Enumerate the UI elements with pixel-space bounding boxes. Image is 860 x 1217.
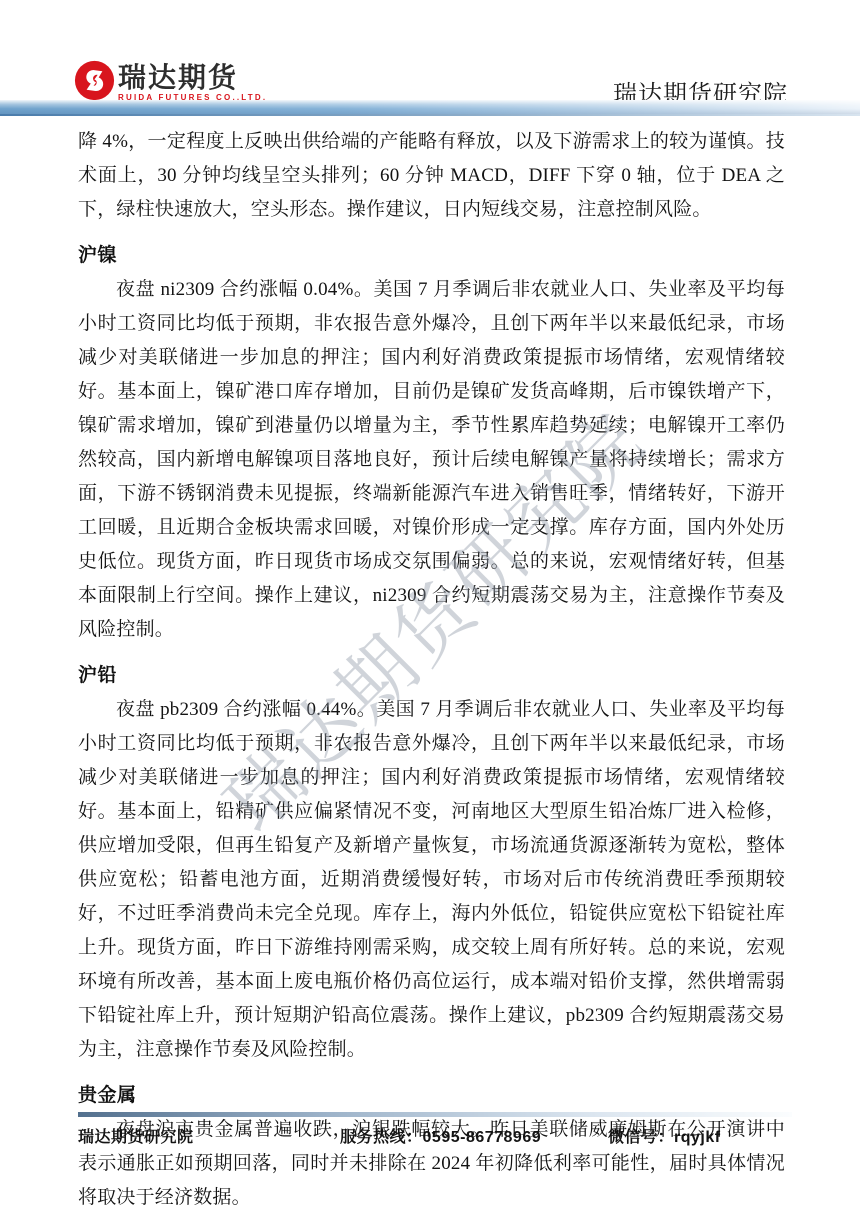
section-paragraph-nickel: 夜盘 ni2309 合约涨幅 0.04%。美国 7 月季调后非农就业人口、失业率… <box>78 273 785 647</box>
section-heading-precious-metals: 贵金属 <box>78 1079 785 1113</box>
company-logo: 瑞达期货 RUIDA FUTURES CO.,LTD. <box>74 60 267 102</box>
section-paragraph-precious-metals: 夜盘沪市贵金属普遍收跌，沪银跌幅较大。昨日美联储威廉姆斯在公开演讲中表示通胀正如… <box>78 1113 785 1215</box>
section-paragraph-lead: 夜盘 pb2309 合约涨幅 0.44%。美国 7 月季调后非农就业人口、失业率… <box>78 693 785 1067</box>
brand-text: 瑞达期货 RUIDA FUTURES CO.,LTD. <box>118 60 267 102</box>
section-heading-nickel: 沪镍 <box>78 239 785 273</box>
report-page: 瑞达期货 RUIDA FUTURES CO.,LTD. 瑞达期货研究院 瑞达期货… <box>0 0 860 1217</box>
header-divider-bar <box>0 100 860 116</box>
intro-paragraph: 降 4%，一定程度上反映出供给端的产能略有释放，以及下游需求上的较为谨慎。技术面… <box>78 125 785 227</box>
ruida-logo-icon <box>74 60 115 101</box>
section-heading-lead: 沪铅 <box>78 659 785 693</box>
brand-name-cn: 瑞达期货 <box>118 62 267 93</box>
report-body: 降 4%，一定程度上反映出供给端的产能略有释放，以及下游需求上的较为谨慎。技术面… <box>78 125 785 1215</box>
